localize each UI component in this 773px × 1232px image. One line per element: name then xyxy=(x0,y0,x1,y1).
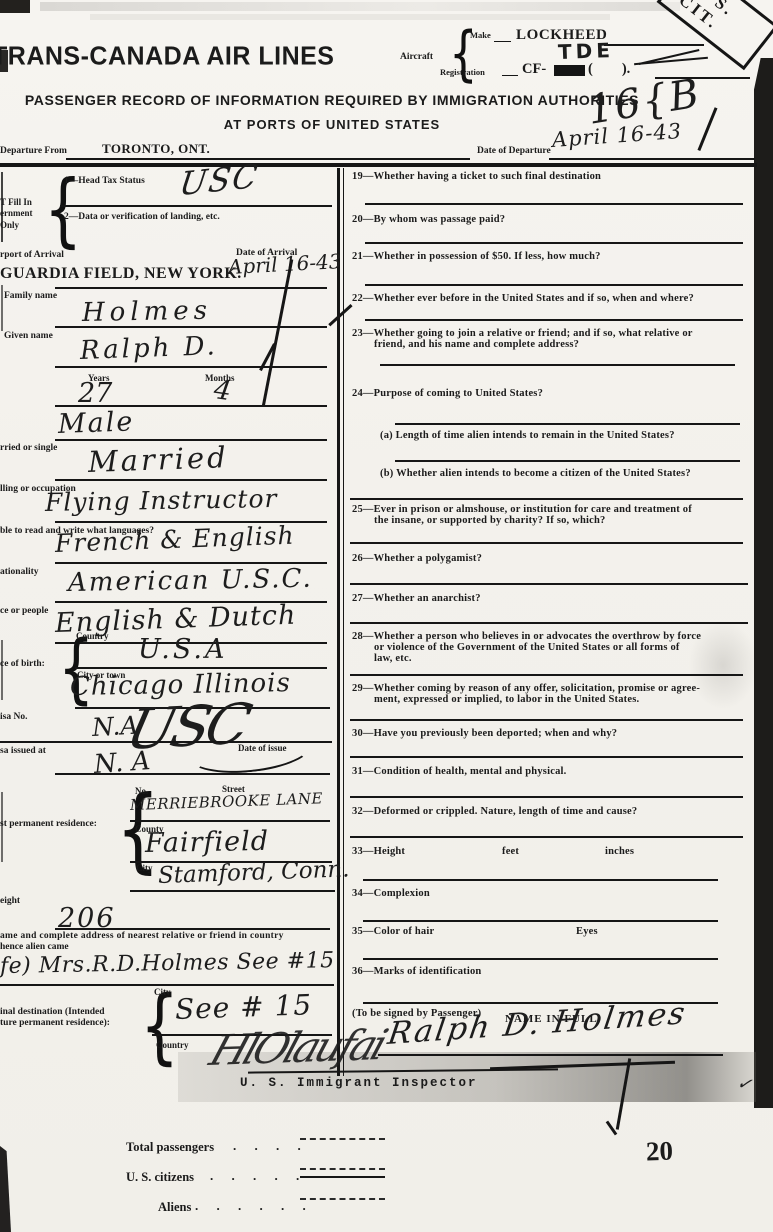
scan-streak-top xyxy=(40,2,680,11)
date-departure-label: Date of Departure xyxy=(477,146,551,156)
feet-label: feet xyxy=(502,846,519,858)
months-value: 4 xyxy=(212,374,233,407)
scan-blotch-topleft xyxy=(0,0,30,13)
q30-line xyxy=(350,756,743,758)
birth-country-label: Country xyxy=(76,631,109,641)
us-citizens-blank xyxy=(300,1168,385,1170)
make-answer-line xyxy=(604,44,704,46)
cut-border-3 xyxy=(1,640,3,700)
arrival-line xyxy=(55,287,327,289)
q22: 22—Whether ever before in the United Sta… xyxy=(352,293,694,305)
aliens-dots: . . . . . . xyxy=(195,1198,307,1214)
q25-line2: the insane, or supported by charity? If … xyxy=(352,515,606,527)
us-citizens-dots: . . . . . xyxy=(210,1168,300,1184)
registration-redaction xyxy=(554,65,585,76)
inspector-signature: HlOlaufai xyxy=(204,1020,390,1075)
margin-note-line1: T Fill In xyxy=(0,197,32,207)
married-value: Married xyxy=(87,440,229,479)
nationality-value: American U.S.C. xyxy=(68,564,313,598)
residence-city-value: Stamford, Conn. xyxy=(158,856,350,889)
arrival-port-value: GUARDIA FIELD, NEW YORK. xyxy=(0,265,242,283)
q34: 34—Complexion xyxy=(352,888,430,900)
departure-from-label: Departure From xyxy=(0,146,67,156)
family-name-value: Holmes xyxy=(82,296,213,328)
pen-stroke-q21 xyxy=(328,304,352,326)
pen-stroke-long xyxy=(262,259,293,407)
destination-label-1: inal destination (Intended xyxy=(0,1007,105,1017)
scan-streak-top2 xyxy=(90,14,610,20)
inches-label: inches xyxy=(605,846,634,858)
big-check-stroke-1 xyxy=(616,1058,631,1129)
column-divider-a xyxy=(337,168,340,1076)
q20: 20—By whom was passage paid? xyxy=(352,214,505,226)
sex-line xyxy=(55,439,327,441)
q24b: (b) Whether alien intends to become a ci… xyxy=(380,468,691,480)
arrival-port-label: rport of Arrival xyxy=(0,250,64,260)
eyes-label: Eyes xyxy=(576,926,598,938)
county-value: Fairfield xyxy=(145,826,270,859)
registration-paren: ( ). xyxy=(588,61,630,78)
registration-label: Registration xyxy=(440,67,485,77)
family-name-line xyxy=(55,326,327,328)
cut-border-1 xyxy=(1,172,3,242)
header-rule xyxy=(0,163,757,167)
q28-line2: or violence of the Government of the Uni… xyxy=(352,642,680,654)
weight-label: eight xyxy=(0,896,20,906)
birth-country-value: U.S.A xyxy=(138,634,227,665)
margin-note-line3: Only xyxy=(0,220,19,230)
total-passengers-blank xyxy=(300,1138,385,1140)
us-citizens-label: U. S. citizens xyxy=(126,1170,194,1185)
married-line xyxy=(55,479,327,481)
age-line xyxy=(55,405,327,407)
q24-endline xyxy=(350,498,743,500)
scan-blotch-bottomleft xyxy=(0,1146,11,1232)
immigration-form-page: TRANS-CANADA AIR LINES Aircraft { Make L… xyxy=(0,0,773,1232)
relative-label-2: hence alien came xyxy=(0,942,69,952)
dest-country-label: Country xyxy=(156,1040,189,1050)
q21: 21—Whether in possession of $50. If less… xyxy=(352,251,601,263)
landing-label: 2—Data or verification of landing, etc. xyxy=(64,212,220,222)
q24a: (a) Length of time alien intends to rema… xyxy=(380,430,675,442)
race-label: ce or people xyxy=(0,606,48,616)
q31-line xyxy=(350,796,743,798)
q26: 26—Whether a polygamist? xyxy=(352,553,482,565)
destination-brace: { xyxy=(140,986,179,1068)
q24a-topline xyxy=(395,423,740,425)
inspector-underline-2 xyxy=(490,1061,675,1070)
q31: 31—Condition of health, mental and physi… xyxy=(352,766,566,778)
headtax-value: USC xyxy=(177,156,261,203)
given-name-label: Given name xyxy=(4,331,53,341)
aliens-blank xyxy=(300,1198,385,1200)
aliens-label: Aliens xyxy=(158,1200,191,1215)
visa-issued-label: sa issued at xyxy=(0,746,46,756)
q34-line xyxy=(363,920,718,922)
headtax-line xyxy=(60,205,332,207)
q28-line3: law, etc. xyxy=(352,653,412,665)
residence-city-line xyxy=(130,890,335,892)
q33: 33—Height xyxy=(352,846,405,858)
q23-line1: 23—Whether going to join a relative or f… xyxy=(352,328,693,340)
total-passengers-dots: . . . . xyxy=(233,1138,302,1154)
small-check: ✓ xyxy=(735,1072,754,1096)
date-arrival-value: April 16-43 xyxy=(227,249,342,279)
occupation-value: Flying Instructor xyxy=(45,484,278,517)
make-label: Make xyxy=(470,30,491,40)
q29-line2: ment, expressed or implied, to labor in … xyxy=(352,694,639,706)
q36: 36—Marks of identification xyxy=(352,966,481,978)
q23-line xyxy=(380,364,735,366)
relative-value: fe) Mrs.R.D.Holmes See #15 xyxy=(0,948,335,979)
registration-prefix: CF- xyxy=(522,61,546,78)
form-title-line1: PASSENGER RECORD OF INFORMATION REQUIRED… xyxy=(4,92,660,108)
nationality-label: ationality xyxy=(0,567,39,577)
destination-label-2: ture permanent residence): xyxy=(0,1018,110,1028)
date-departure-line xyxy=(549,158,755,160)
cut-border-2 xyxy=(1,285,3,331)
q29-line1: 29—Whether coming by reason of any offer… xyxy=(352,683,700,695)
date-of-issue-label: Date of issue xyxy=(238,743,287,753)
q25-line1: 25—Ever in prison or almshouse, or insti… xyxy=(352,504,692,516)
q20-line xyxy=(365,242,743,244)
page-number: 20 xyxy=(645,1136,673,1168)
q35-line xyxy=(363,958,718,960)
q35: 35—Color of hair xyxy=(352,926,434,938)
street-line xyxy=(130,820,330,822)
dest-city-label: City xyxy=(154,987,171,997)
weight-line xyxy=(55,928,330,930)
family-name-label: Family name xyxy=(4,291,57,301)
q19: 19—Whether having a ticket to such final… xyxy=(352,171,601,183)
q28-line xyxy=(350,674,743,676)
us-citizens-underline xyxy=(300,1176,385,1178)
q27: 27—Whether an anarchist? xyxy=(352,593,481,605)
column-divider-b xyxy=(343,168,344,1076)
visa-issued-line xyxy=(55,773,330,775)
visa-no-label: isa No. xyxy=(0,712,27,722)
hand-flag-stroke-2 xyxy=(639,49,700,65)
total-passengers-label: Total passengers xyxy=(126,1140,214,1155)
relative-label-1: ame and complete address of nearest rela… xyxy=(0,931,284,941)
dest-city-value: See # 15 xyxy=(174,988,312,1026)
aircraft-label: Aircraft xyxy=(400,52,433,62)
q29-line xyxy=(350,719,743,721)
q24b-topline xyxy=(395,460,740,462)
departure-from-value: TORONTO, ONT. xyxy=(102,141,210,157)
signature-line xyxy=(378,1054,723,1056)
given-name-line xyxy=(55,366,327,368)
inspector-label: U. S. Immigrant Inspector xyxy=(240,1076,478,1090)
q25-line xyxy=(350,542,743,544)
visa-issued-value: N. A xyxy=(93,746,151,780)
residence-label: st permanent residence: xyxy=(0,819,97,829)
scan-edge-right xyxy=(754,58,773,1108)
q19-line xyxy=(365,203,743,205)
birth-label: ce of birth: xyxy=(0,659,45,669)
q30: 30—Have you previously been deported; wh… xyxy=(352,728,617,740)
married-label: rried or single xyxy=(0,443,57,453)
residence-city-label: City xyxy=(136,863,153,873)
q32-line xyxy=(350,836,743,838)
headtax-label: 1—Head Tax Status xyxy=(64,176,145,186)
registration-fill-dashes xyxy=(502,75,518,76)
q32: 32—Deformed or crippled. Nature, length … xyxy=(352,806,637,818)
departure-line xyxy=(66,158,470,160)
q23-line2: friend, and his name and complete addres… xyxy=(352,339,579,351)
q28-line1: 28—Whether a person who believes in or a… xyxy=(352,631,701,643)
q27-line xyxy=(350,622,748,624)
passenger-signature: Ralph D. Holmes xyxy=(385,995,689,1051)
q33-line xyxy=(363,879,718,881)
airline-title: TRANS-CANADA AIR LINES xyxy=(0,41,334,71)
make-fill-dashes xyxy=(494,41,511,42)
q26-line xyxy=(350,583,748,585)
margin-note-line2: ernment xyxy=(0,208,33,218)
given-name-value: Ralph D. xyxy=(79,331,218,366)
sex-value: Male xyxy=(57,406,134,440)
q22-line xyxy=(365,319,743,321)
q24: 24—Purpose of coming to United States? xyxy=(352,388,543,400)
q21-line xyxy=(365,284,743,286)
